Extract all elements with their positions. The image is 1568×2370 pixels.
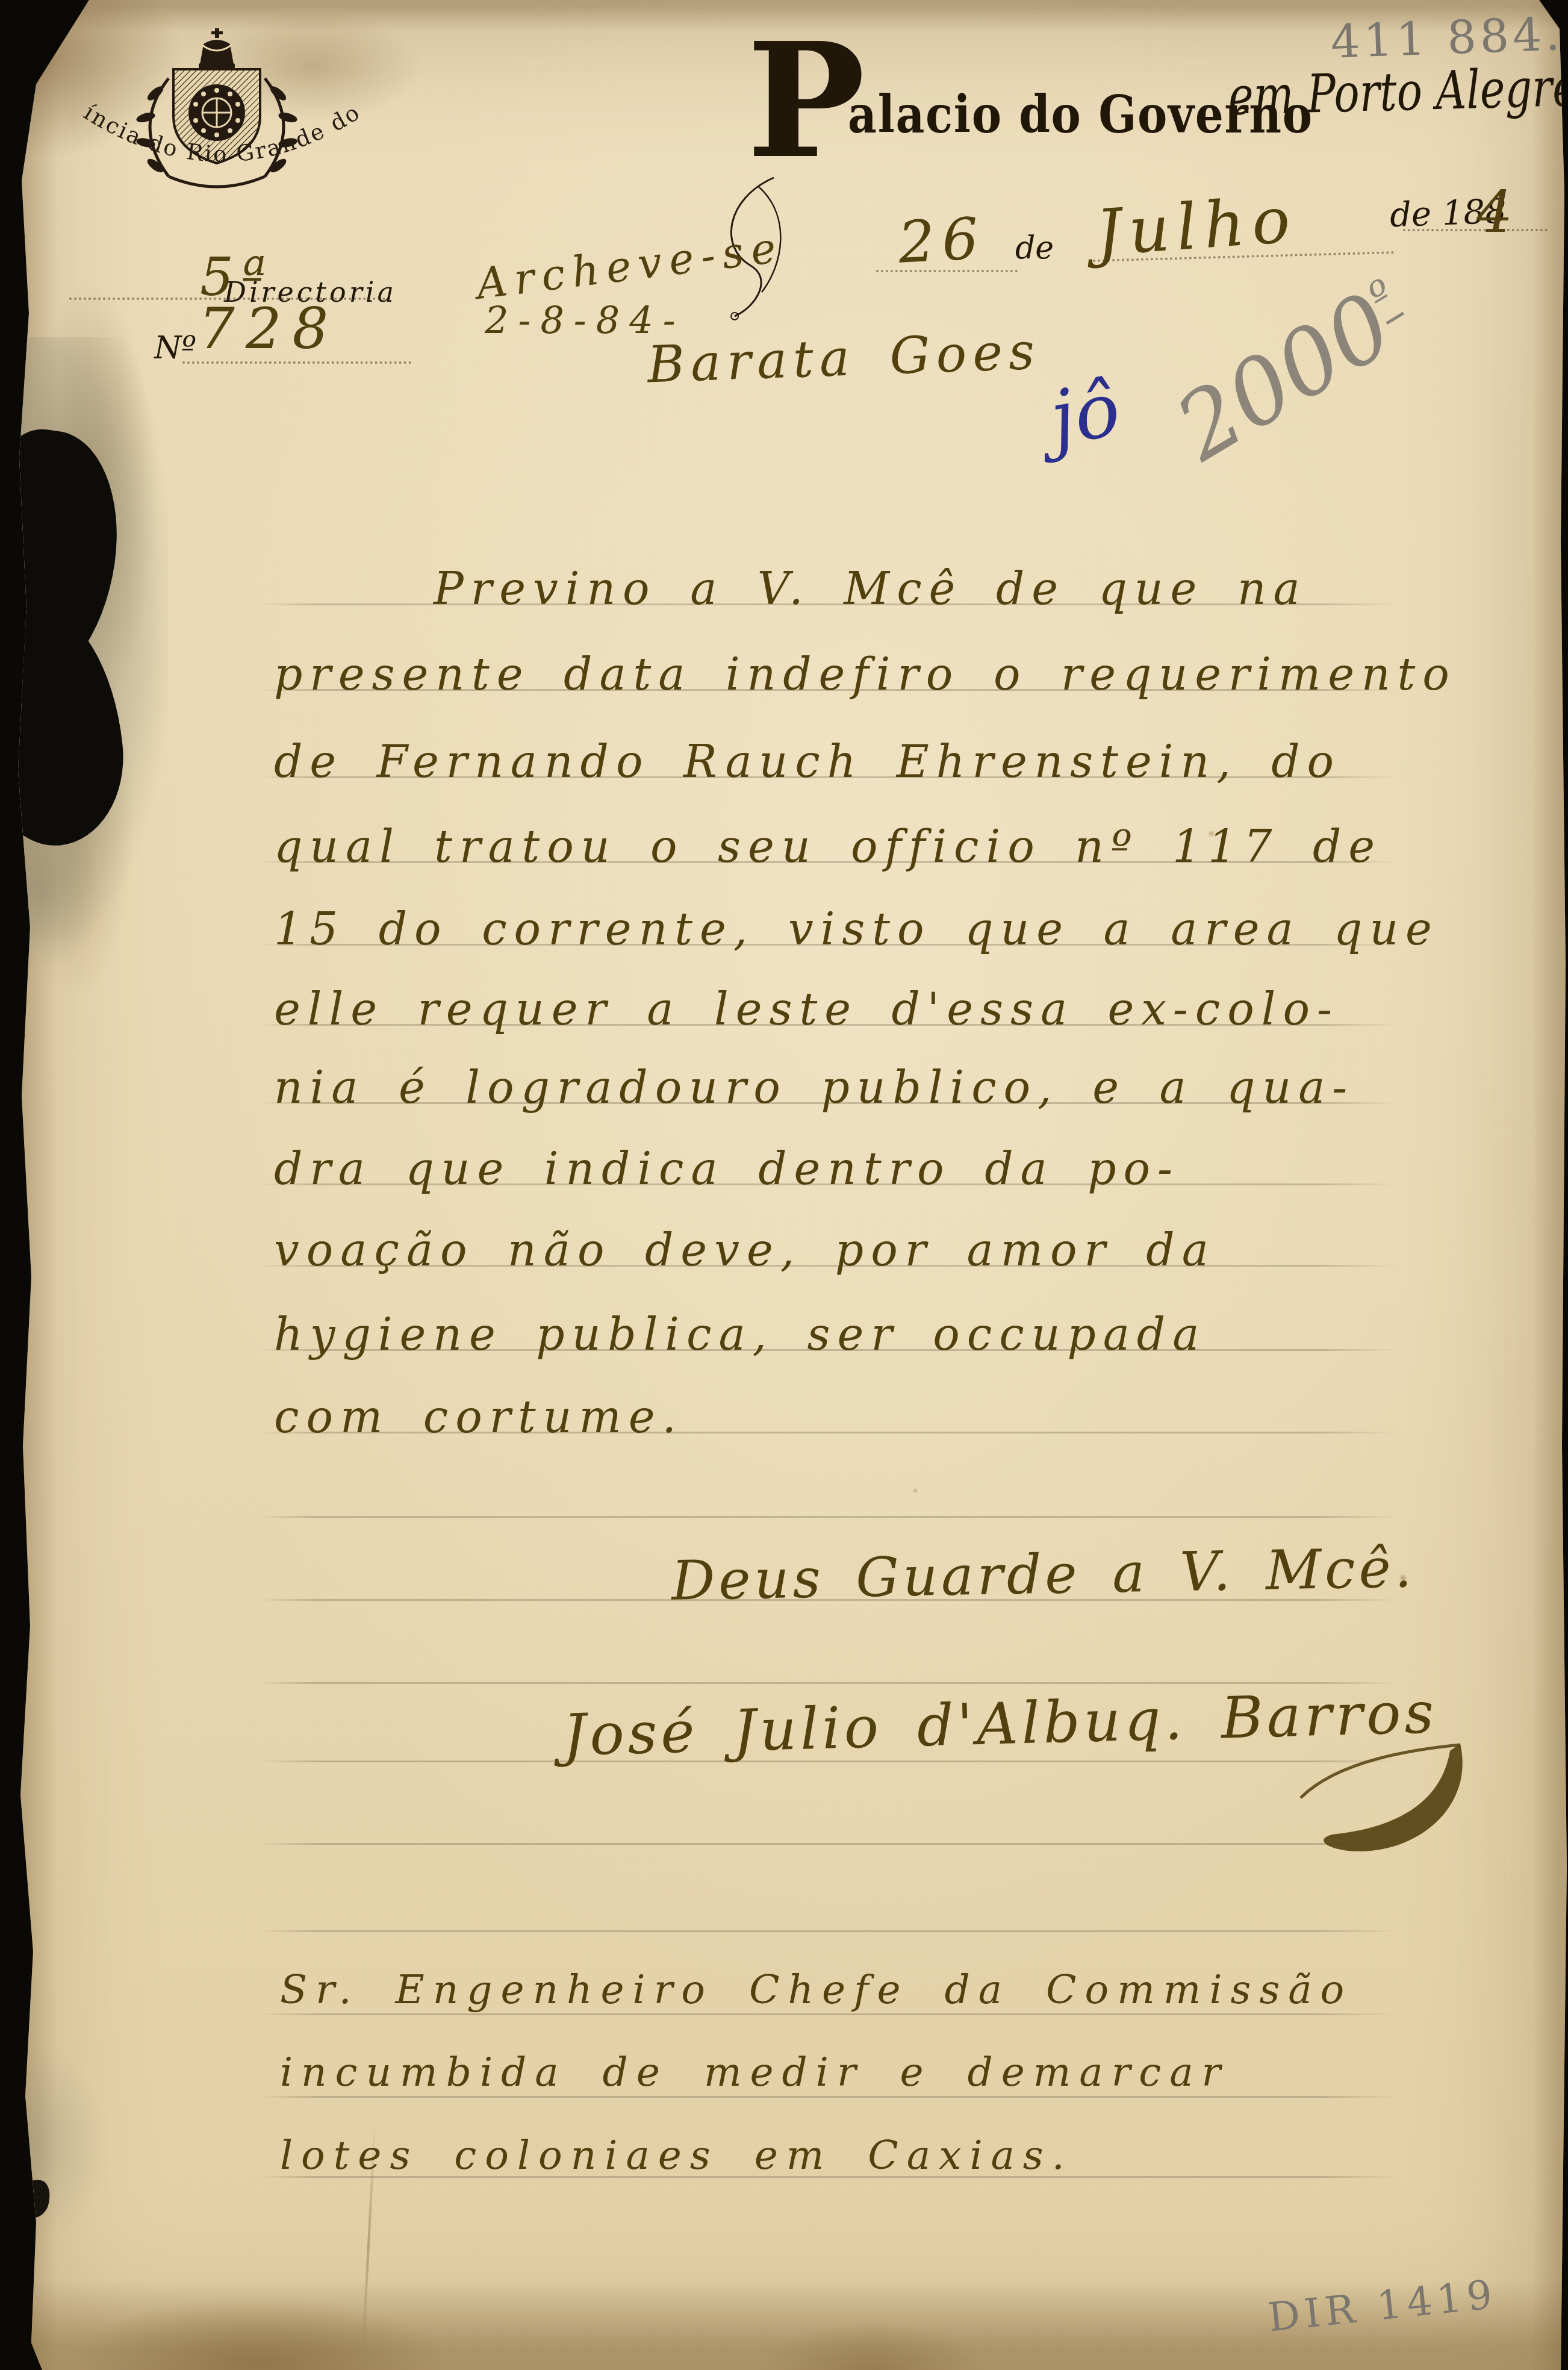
pencil-number-value: 2000	[1159, 273, 1410, 481]
body-line: presente data indefiro o requerimento	[274, 649, 1457, 700]
paper-sheet: Província do Rio Grande do Sul. P alacio…	[0, 0, 1568, 2370]
ruled-line	[259, 2013, 1397, 2015]
date-day: 26	[897, 205, 987, 276]
body-line: Previno a V. Mcê de que na	[434, 563, 1307, 615]
body-line: qual tratou o seu officio nº 117 de	[274, 821, 1382, 873]
body-line: com cortume.	[274, 1391, 683, 1443]
signature-flourish	[1289, 1726, 1475, 1864]
body-line: elle requer a leste d'essa ex-colo-	[274, 984, 1339, 1035]
body-line: hygiene publica, ser occupada	[274, 1309, 1206, 1361]
ruled-line	[259, 2096, 1397, 2098]
body-line: 15 do corrente, visto que a area que	[274, 903, 1439, 955]
ink-spot-bottom-left	[13, 2175, 54, 2222]
ruled-line	[259, 1843, 1397, 1845]
date-preposition: de	[1015, 230, 1054, 266]
blue-ink-mark: jô	[1044, 365, 1126, 463]
body-line: de Fernando Rauch Ehrenstein, do	[274, 736, 1341, 788]
pencil-registry-top: 411 884.	[1330, 7, 1564, 68]
archive-signature-barata-goes: Barata Goes	[646, 322, 1041, 394]
numero-value: 728	[199, 296, 339, 362]
ruled-line	[259, 1930, 1397, 1932]
body-line: nia é logradouro publico, e a qua-	[274, 1062, 1354, 1114]
numero-dotted-line	[182, 361, 411, 364]
imperial-crest-icon: Província do Rio Grande do Sul.	[78, 27, 367, 208]
valediction: Deus Guarde a V. Mcê.	[671, 1536, 1416, 1613]
palace-place: em Porto Alegre,	[1228, 55, 1568, 127]
ruled-line	[259, 1516, 1397, 1518]
date-year-written: 4	[1476, 179, 1520, 246]
addressee-line: lotes coloniaes em Caxias.	[280, 2132, 1073, 2178]
ruled-line	[259, 1682, 1397, 1684]
pencil-number-mark: 2000º	[1159, 263, 1427, 481]
numero-label: Nº	[154, 330, 196, 366]
body-line: dra que indica dentro da po-	[274, 1143, 1180, 1195]
addressee-line: incumbida de medir e demarcar	[280, 2049, 1229, 2095]
pencil-registry-bottom: DIR 1419	[1266, 2271, 1499, 2340]
body-line: voação não deve, por amor da	[274, 1224, 1216, 1276]
addressee-line: Sr. Engenheiro Chefe da Commissão	[280, 1966, 1352, 2013]
document-page: Província do Rio Grande do Sul. P alacio…	[0, 0, 1568, 2370]
date-month: Julho	[1094, 182, 1299, 270]
